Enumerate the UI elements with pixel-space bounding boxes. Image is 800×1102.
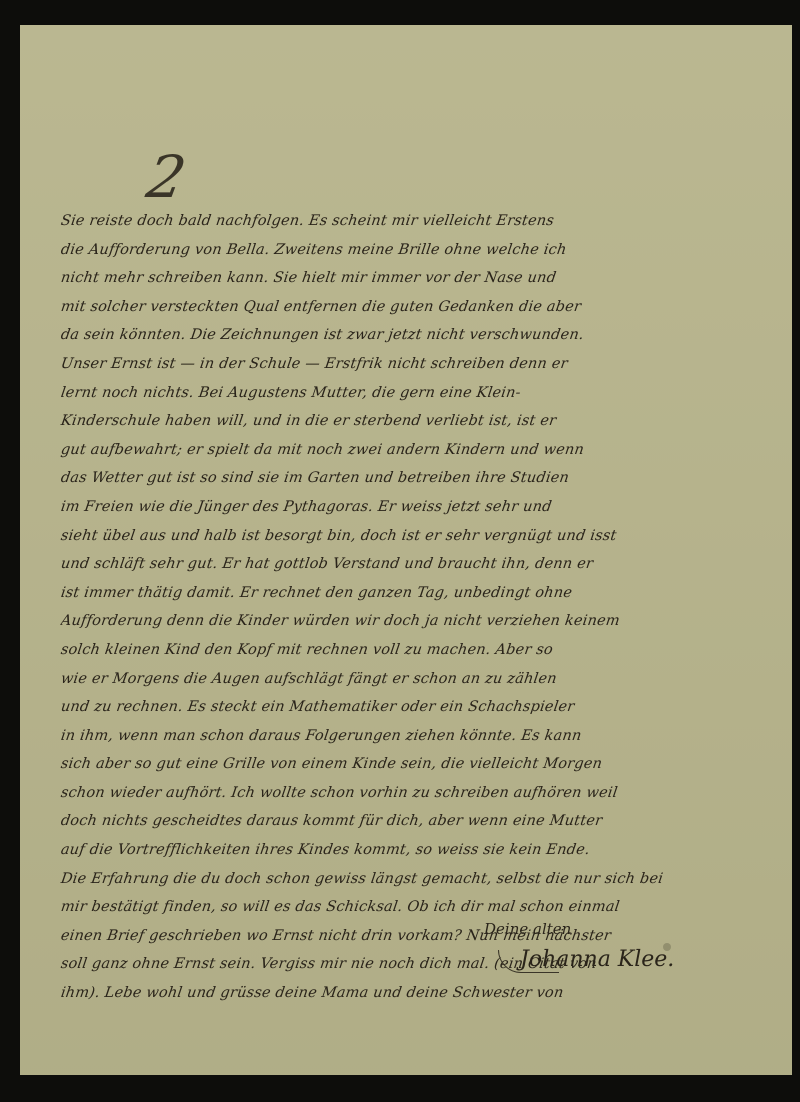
text-line: mir bestätigt finden, so will es das Sch… (58, 899, 752, 928)
text-line: Aufforderung denn die Kinder würden wir … (58, 613, 752, 642)
text-line: lernt noch nichts. Bei Augustens Mutter,… (58, 385, 752, 414)
text-line: sieht übel aus und halb ist besorgt bin,… (58, 528, 752, 557)
text-line: die Aufforderung von Bella. Zweitens mei… (58, 242, 752, 271)
text-line: und schläft sehr gut. Er hat gottlob Ver… (58, 556, 752, 585)
text-line: Sie reiste doch bald nachfolgen. Es sche… (58, 213, 752, 242)
text-line: sich aber so gut eine Grille von einem K… (58, 756, 752, 785)
text-line: in ihm, wenn man schon daraus Folgerunge… (58, 728, 752, 757)
text-line: schon wieder aufhört. Ich wollte schon v… (58, 785, 752, 814)
text-line: da sein könnten. Die Zeichnungen ist zwa… (58, 327, 752, 356)
text-line: und zu rechnen. Es steckt ein Mathematik… (58, 699, 752, 728)
letter-body: Sie reiste doch bald nachfolgen. Es sche… (60, 213, 750, 1014)
text-line: ist immer thätig damit. Er rechnet den g… (58, 585, 752, 614)
page-number: 2 (142, 143, 191, 211)
text-line: wie er Morgens die Augen aufschlägt fäng… (58, 671, 752, 700)
text-line: ihm). Lebe wohl und grüsse deine Mama un… (58, 985, 752, 1014)
text-line: mit solcher versteckten Qual entfernen d… (58, 299, 752, 328)
text-line: Kinderschule haben will, und in die er s… (58, 413, 752, 442)
signature: Johanna Klee. (520, 947, 674, 972)
text-line: Die Erfahrung die du doch schon gewiss l… (58, 871, 752, 900)
text-line: gut aufbewahrt; er spielt da mit noch zw… (58, 442, 752, 471)
text-line: im Freien wie die Jünger des Pythagoras.… (58, 499, 752, 528)
text-line: solch kleinen Kind den Kopf mit rechnen … (58, 642, 752, 671)
text-line: nicht mehr schreiben kann. Sie hielt mir… (58, 270, 752, 299)
text-line: Unser Ernst ist — in der Schule — Erstfr… (58, 356, 752, 385)
text-line: doch nichts gescheidtes daraus kommt für… (58, 813, 752, 842)
closing-salutation: Deine alten (484, 920, 571, 938)
text-line: das Wetter gut ist so sind sie im Garten… (58, 470, 752, 499)
text-line: auf die Vortrefflichkeiten ihres Kindes … (58, 842, 752, 871)
